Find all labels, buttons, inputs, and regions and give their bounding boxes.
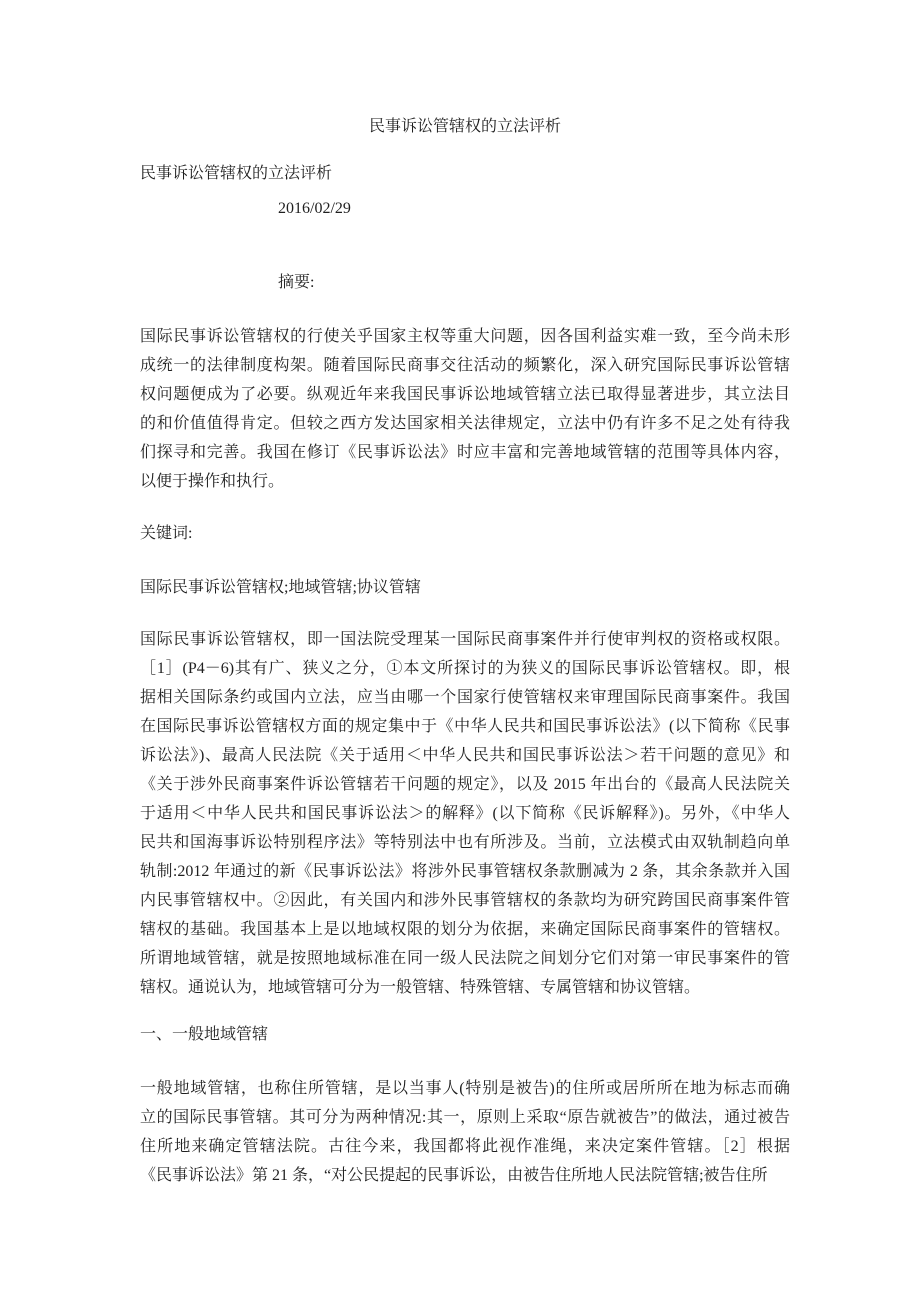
section-paragraph: 一般地域管辖，也称住所管辖，是以当事人(特别是被告)的住所或居所所在地为标志而确… (140, 1074, 790, 1190)
text-line: 轨制:2012 年通过的新《民事诉讼法》将涉外民事管辖权条款删减为 2 条，其余… (140, 857, 790, 886)
section-heading: 一、一般地域管辖 (140, 1020, 790, 1049)
text-line: 国际民事诉讼管辖权的行使关乎国家主权等重大问题，因各国利益实难一致，至今尚未形 (140, 322, 790, 351)
document-page: 民事诉讼管辖权的立法评析 民事诉讼管辖权的立法评析 2016/02/29 摘要:… (0, 0, 920, 1302)
text-line: 所谓地域管辖，就是按照地域标准在同一级人民法院之间划分它们对第一审民事案件的管 (140, 944, 790, 973)
text-line: 诉讼法》)、最高人民法院《关于适用＜中华人民共和国民事诉讼法＞若干问题的意见》和 (140, 741, 790, 770)
text-line: 于适用＜中华人民共和国民事诉讼法＞的解释》(以下简称《民诉解释》)。另外，《中华… (140, 799, 790, 828)
text-line: 辖权。通说认为，地域管辖可分为一般管辖、特殊管辖、专属管辖和协议管辖。 (140, 973, 790, 1002)
document-title-repeat: 民事诉讼管辖权的立法评析 (140, 159, 790, 188)
text-line: 在国际民事诉讼管辖权方面的规定集中于《中华人民共和国民事诉讼法》(以下简称《民事 (140, 712, 790, 741)
keywords-label: 关键词: (140, 519, 790, 548)
text-line: 一般地域管辖，也称住所管辖，是以当事人(特别是被告)的住所或居所所在地为标志而确 (140, 1074, 790, 1103)
text-line: 成统一的法律制度构架。随着国际民商事交往活动的频繁化，深入研究国际民事诉讼管辖 (140, 351, 790, 380)
text-line: 住所地来确定管辖法院。古往今来，我国都将此视作准绳，来决定案件管辖。［2］根据 (140, 1132, 790, 1161)
keywords-text: 国际民事诉讼管辖权;地域管辖;协议管辖 (140, 573, 790, 602)
abstract-paragraph: 国际民事诉讼管辖权的行使关乎国家主权等重大问题，因各国利益实难一致，至今尚未形成… (140, 322, 790, 496)
document-date: 2016/02/29 (140, 194, 790, 223)
text-line: 国际民事诉讼管辖权，即一国法院受理某一国际民商事案件并行使审判权的资格或权限。 (140, 625, 790, 654)
text-line: 《关于涉外民商事案件诉讼管辖若干问题的规定》，以及 2015 年出台的《最高人民… (140, 770, 790, 799)
text-line: 辖权的基础。我国基本上是以地域权限的划分为依据，来确定国际民商事案件的管辖权。 (140, 915, 790, 944)
abstract-label: 摘要: (140, 268, 790, 297)
text-line: 内民事管辖权中。②因此，有关国内和涉外民事管辖权的条款均为研究跨国民商事案件管 (140, 886, 790, 915)
text-line: 民共和国海事诉讼特别程序法》等特别法中也有所涉及。当前，立法模式由双轨制趋向单 (140, 828, 790, 857)
text-line: 立的国际民事管辖。其可分为两种情况:其一，原则上采取“原告就被告”的做法，通过被… (140, 1103, 790, 1132)
document-title: 民事诉讼管辖权的立法评析 (140, 112, 790, 141)
text-line: 《民事诉讼法》第 21 条，“对公民提起的民事诉讼，由被告住所地人民法院管辖;被… (140, 1161, 790, 1190)
text-line: 据相关国际条约或国内立法，应当由哪一个国家行使管辖权来审理国际民商事案件。我国 (140, 683, 790, 712)
text-line: 以便于操作和执行。 (140, 467, 790, 496)
text-line: 的和价值值得肯定。但较之西方发达国家相关法律规定，立法中仍有许多不足之处有待我 (140, 409, 790, 438)
text-line: 们探寻和完善。我国在修订《民事诉讼法》时应丰富和完善地域管辖的范围等具体内容， (140, 438, 790, 467)
body-paragraph: 国际民事诉讼管辖权，即一国法院受理某一国际民商事案件并行使审判权的资格或权限。［… (140, 625, 790, 1002)
text-line: 权问题便成为了必要。纵观近年来我国民事诉讼地域管辖立法已取得显著进步，其立法目 (140, 380, 790, 409)
text-line: ［1］(P4－6)其有广、狭义之分，①本文所探讨的为狭义的国际民事诉讼管辖权。即… (140, 654, 790, 683)
